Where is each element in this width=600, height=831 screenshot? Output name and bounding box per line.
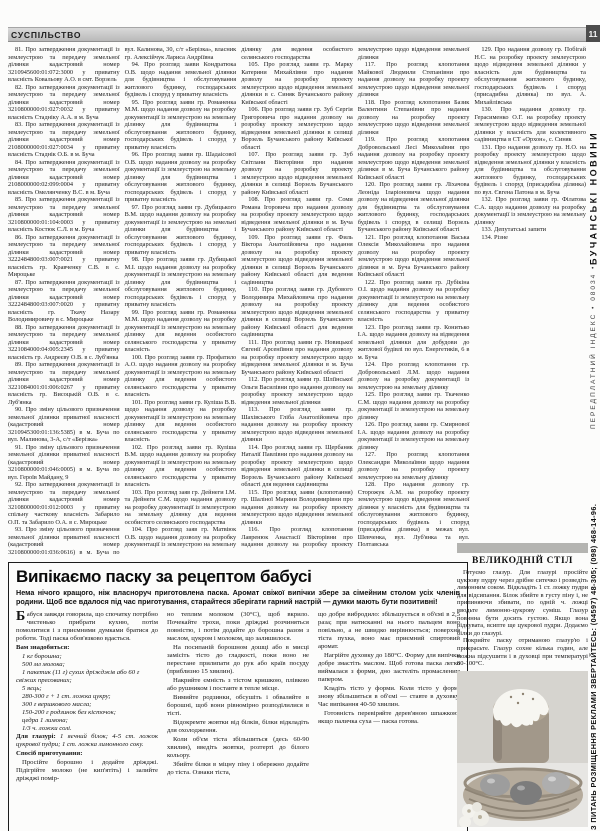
recipe-col1-paragraphs: Просійте борошно і додайте дріжджі. Піді… [16, 759, 158, 783]
ingredient-item: 150-200 г родзинок без кісточок; [16, 709, 158, 717]
agenda-item: 88. Про затвердження документації із зем… [8, 324, 120, 362]
agenda-item: 127. Про розгляд клопотання Олександри М… [358, 451, 470, 481]
ingredient-item: 280-300 г + 1 ст. ложка цукру; [16, 693, 158, 701]
panel-paragraphs: Готуємо глазур. Для глазурі просійте цук… [457, 569, 588, 668]
subscription-strip: ПЕРЕДПЛАТНИЙ ІНДЕКС • 08034 • БУЧАНСЬКІ … [587, 47, 600, 429]
recipe-paragraph: Нагрійте духовку до 180°С. Форму для вип… [318, 652, 460, 684]
page-number: 11 [586, 25, 600, 42]
ingredient-item: 300 г вершкового масла; [16, 701, 158, 709]
agenda-item: 132. Про розгляд заяви гр. Філатова С.А.… [474, 196, 586, 226]
easter-table-panel: ВЕЛИКОДНІЙ СТІЛ Готуємо глазур. Для глаз… [457, 543, 588, 830]
agenda-item: 118. Про розгляд клопотання Базик Валент… [358, 99, 470, 137]
agenda-item: 106. Про розгляд заяви гр. Зуб Сергія Гр… [241, 106, 353, 151]
recipe-paragraph: Накрийте ємність з тістом кришкою, плівк… [167, 677, 309, 693]
agenda-item: 114. Про розгляд заяви гр. Щербаняк Ната… [241, 444, 353, 489]
recipe-article: Випікаємо паску за рецептом бабусі Нема … [8, 562, 468, 831]
agenda-item: 111. Про розгляд заяви гр. Новицької Євг… [241, 339, 353, 377]
agenda-item: 91. Про зміну цільового призначення земе… [8, 444, 120, 482]
agenda-item: 128. Про надання дозволу гр. Сторожук А.… [358, 481, 470, 549]
section-label: СУСПІЛЬСТВО [8, 30, 81, 40]
agenda-item: 121. Про розгляд клопотання Васька Олекс… [358, 234, 470, 279]
agenda-item: 94. Про розгляд заяви Кондратюка О.В. що… [125, 61, 237, 99]
agenda-item: 109. Про розгляд заяви гр. Филь Віктора … [241, 234, 353, 287]
glaze-paragraph: Для глазурі: 1 яєчний білок; 4-5 ст. лож… [16, 733, 158, 749]
recipe-body: Бабуся завжди говорила, що спочатку потр… [16, 611, 460, 784]
agenda-item: 89. Про затвердження документації із зем… [8, 361, 120, 406]
drop-cap: Б [16, 611, 27, 623]
recipe-paragraph: Збийте білки в міцну піну і обережно дод… [167, 761, 309, 777]
agenda-item: 101. Про розгляд заяви гр. Куліша В.В. щ… [125, 399, 237, 444]
agenda-item: 130. Про надання дозволу гр. Герасименко… [474, 106, 586, 144]
agenda-item: 87. Про затвердження документації із зем… [8, 279, 120, 324]
ads-contact-label: З ПИТАНЬ РОЗМІЩЕННЯ РЕКЛАМИ ЗВЕРТАЙТЕСЬ:… [589, 504, 598, 830]
recipe-column-3: що добре вибродило: збільшується в об'єм… [318, 611, 460, 784]
ingredient-item: 1 пакетик (11 г) сухих дріжджів або 60 г… [16, 669, 158, 685]
agenda-item: 92. Про затвердження документації із зем… [8, 481, 120, 526]
recipe-column-1: Бабуся завжди говорила, що спочатку потр… [16, 611, 158, 784]
easter-bread-photo [457, 671, 588, 827]
agenda-list: 81. Про затвердження документації із зем… [8, 46, 586, 559]
newspaper-name-label: БУЧАНСЬКІ НОВИНИ [589, 131, 599, 265]
agenda-item: 119. Про розгляд клопотання Добровольськ… [358, 136, 470, 181]
agenda-item: 81. Про затвердження документації із зем… [8, 46, 120, 84]
agenda-item: 117. Про розгляд клопотання Майкової Люд… [358, 61, 470, 99]
recipe-intro-text: абуся завжди говорила, що спочатку потрі… [16, 611, 158, 642]
recipe-paragraph: Просійте борошно і додайте дріжджі. Піді… [16, 759, 158, 783]
ingredient-item: 5 яєць; [16, 685, 158, 693]
recipe-column-2: но теплим молоком (30°С), щоб вкрило. По… [167, 611, 309, 784]
ingredients-list: 1 кг борошна;500 мл молока;1 пакетик (11… [16, 653, 158, 733]
agenda-item: 134. Різне [474, 234, 586, 242]
ingredients-heading: Вам знадобиться: [16, 644, 158, 652]
recipe-lede: Нема нічого кращого, ніж власноруч приго… [16, 589, 460, 607]
method-heading: Спосіб приготування: [16, 750, 158, 758]
section-header-bar: СУСПІЛЬСТВО [8, 27, 586, 42]
agenda-item: 100. Про розгляд заяви гр. Профатило А.О… [125, 354, 237, 399]
agenda-item: 84. Про затвердження документації із зем… [8, 159, 120, 197]
panel-heading: ВЕЛИКОДНІЙ СТІЛ [457, 556, 588, 566]
subscription-index-label: ПЕРЕДПЛАТНИЙ ІНДЕКС • 08034 • [590, 265, 597, 429]
newspaper-page: СУСПІЛЬСТВО 11 ПЕРЕДПЛАТНИЙ ІНДЕКС • 080… [0, 0, 600, 831]
agenda-item: 98. Про розгляд заяви гр. Дубицької М.І.… [125, 256, 237, 309]
agenda-item: 129. Про надання дозволу гр. Побігай Н.С… [474, 46, 586, 106]
agenda-item: 97. Про розгляд заяви гр. Дубицького В.М… [125, 204, 237, 257]
agenda-item: 107. Про розгляд заяви гр. Зуб Світлани … [241, 151, 353, 196]
agenda-item: 99. Про розгляд заяви гр. Романенка М.М.… [125, 309, 237, 354]
ingredient-item: цедра 1 лимона; [16, 717, 158, 725]
glaze-heading: Для глазурі: [16, 733, 56, 740]
agenda-item: 96. Про розгляд заяви гр. Шадаісової О.В… [125, 151, 237, 204]
recipe-title: Випікаємо паску за рецептом бабусі [16, 567, 460, 587]
paska-cake [493, 689, 549, 763]
agenda-item: 110. Про розгляд заяви гр. Дубового Воло… [241, 286, 353, 339]
recipe-intro-paragraph: Бабуся завжди говорила, що спочатку потр… [16, 611, 158, 643]
agenda-item: 122. Про розгляд заяви гр. Дубікіна О.І.… [358, 279, 470, 324]
panel-paragraph: Покрийте паску отриманою глазур'ю і прик… [457, 637, 588, 667]
recipe-paragraph: Відокремте жовтки від білків, білки відк… [167, 719, 309, 735]
recipe-paragraph: Коли об'єм тіста збільшиться (десь 60-90… [167, 736, 309, 760]
agenda-item: 95. Про розгляд заяви гр. Романенка М.М.… [125, 99, 237, 152]
agenda-item: 85. Про затвердження документації із зем… [8, 196, 120, 234]
agenda-item: 123. Про розгляд заяви гр. Конитько І.А.… [358, 324, 470, 362]
agenda-item: 112. Про розгляд заяви гр. Шліїнської Ол… [241, 376, 353, 406]
recipe-paragraph: но теплим молоком (30°С), щоб вкрило. По… [167, 611, 309, 643]
recipe-paragraph: Готовність перевіряйте дерев'яною шпажко… [318, 710, 460, 726]
ingredient-item: 1/3 ч. ложки солі. [16, 725, 158, 733]
ads-contact-strip: З ПИТАНЬ РОЗМІЩЕННЯ РЕКЛАМИ ЗВЕРТАЙТЕСЬ:… [587, 448, 600, 830]
agenda-item: 83. Про затвердження документації із зем… [8, 121, 120, 159]
agenda-item: 133. Депутатські запити [474, 226, 586, 234]
agenda-item: 126. Про розгляд заяви гр. Смирнової І.А… [358, 421, 470, 451]
agenda-item: 115. Про розгляд заяви (клопотання) гр. … [241, 489, 353, 527]
panel-divider-bar [457, 543, 588, 553]
agenda-item: 131. Про надання дозволу гр. Н.О. на роз… [474, 144, 586, 197]
agenda-item: 82. Про затвердження документації із зем… [8, 84, 120, 122]
recipe-paragraph: На посипаній борошном дошці або в мисці … [167, 644, 309, 676]
agenda-item: 124. Про розгляд клопотання гр. Добровол… [358, 361, 470, 391]
recipe-paragraph: що добре вибродило: збільшується в об'єм… [318, 611, 460, 651]
agenda-item: 102. Про розгляд заяви гр. Куліша В.М. щ… [125, 444, 237, 489]
recipe-paragraph: Вимийте родзинки, обсушіть і обваляйте в… [167, 694, 309, 718]
ingredient-item: 1 кг борошна; [16, 653, 158, 661]
agenda-item: 90. Про зміну цільового призначення земе… [8, 406, 120, 444]
agenda-item: 120. Про розгляд заяви гр. Ліхачова Леон… [358, 181, 470, 234]
agenda-item: 105. Про розгляд заяви гр. Марку Катерин… [241, 61, 353, 106]
panel-paragraph: Готуємо глазур. Для глазурі просійте цук… [457, 569, 588, 637]
agenda-item: 108. Про розгляд заяви гр. Соми Романа І… [241, 196, 353, 234]
recipe-paragraph: Кладіть тісто у форми. Коли тісто у форм… [318, 685, 460, 709]
agenda-item: 113. Про розгляд заяви гр. Шахівського Г… [241, 406, 353, 444]
ingredient-item: 500 мл молока; [16, 661, 158, 669]
agenda-item: 103. Про розгляд заяв гр. Дейнеги І.М. т… [125, 489, 237, 527]
agenda-item: 86. Про затвердження документації із зем… [8, 234, 120, 279]
agenda-item: 125. Про розгляд заяви гр. Ткаченко С.М.… [358, 391, 470, 421]
